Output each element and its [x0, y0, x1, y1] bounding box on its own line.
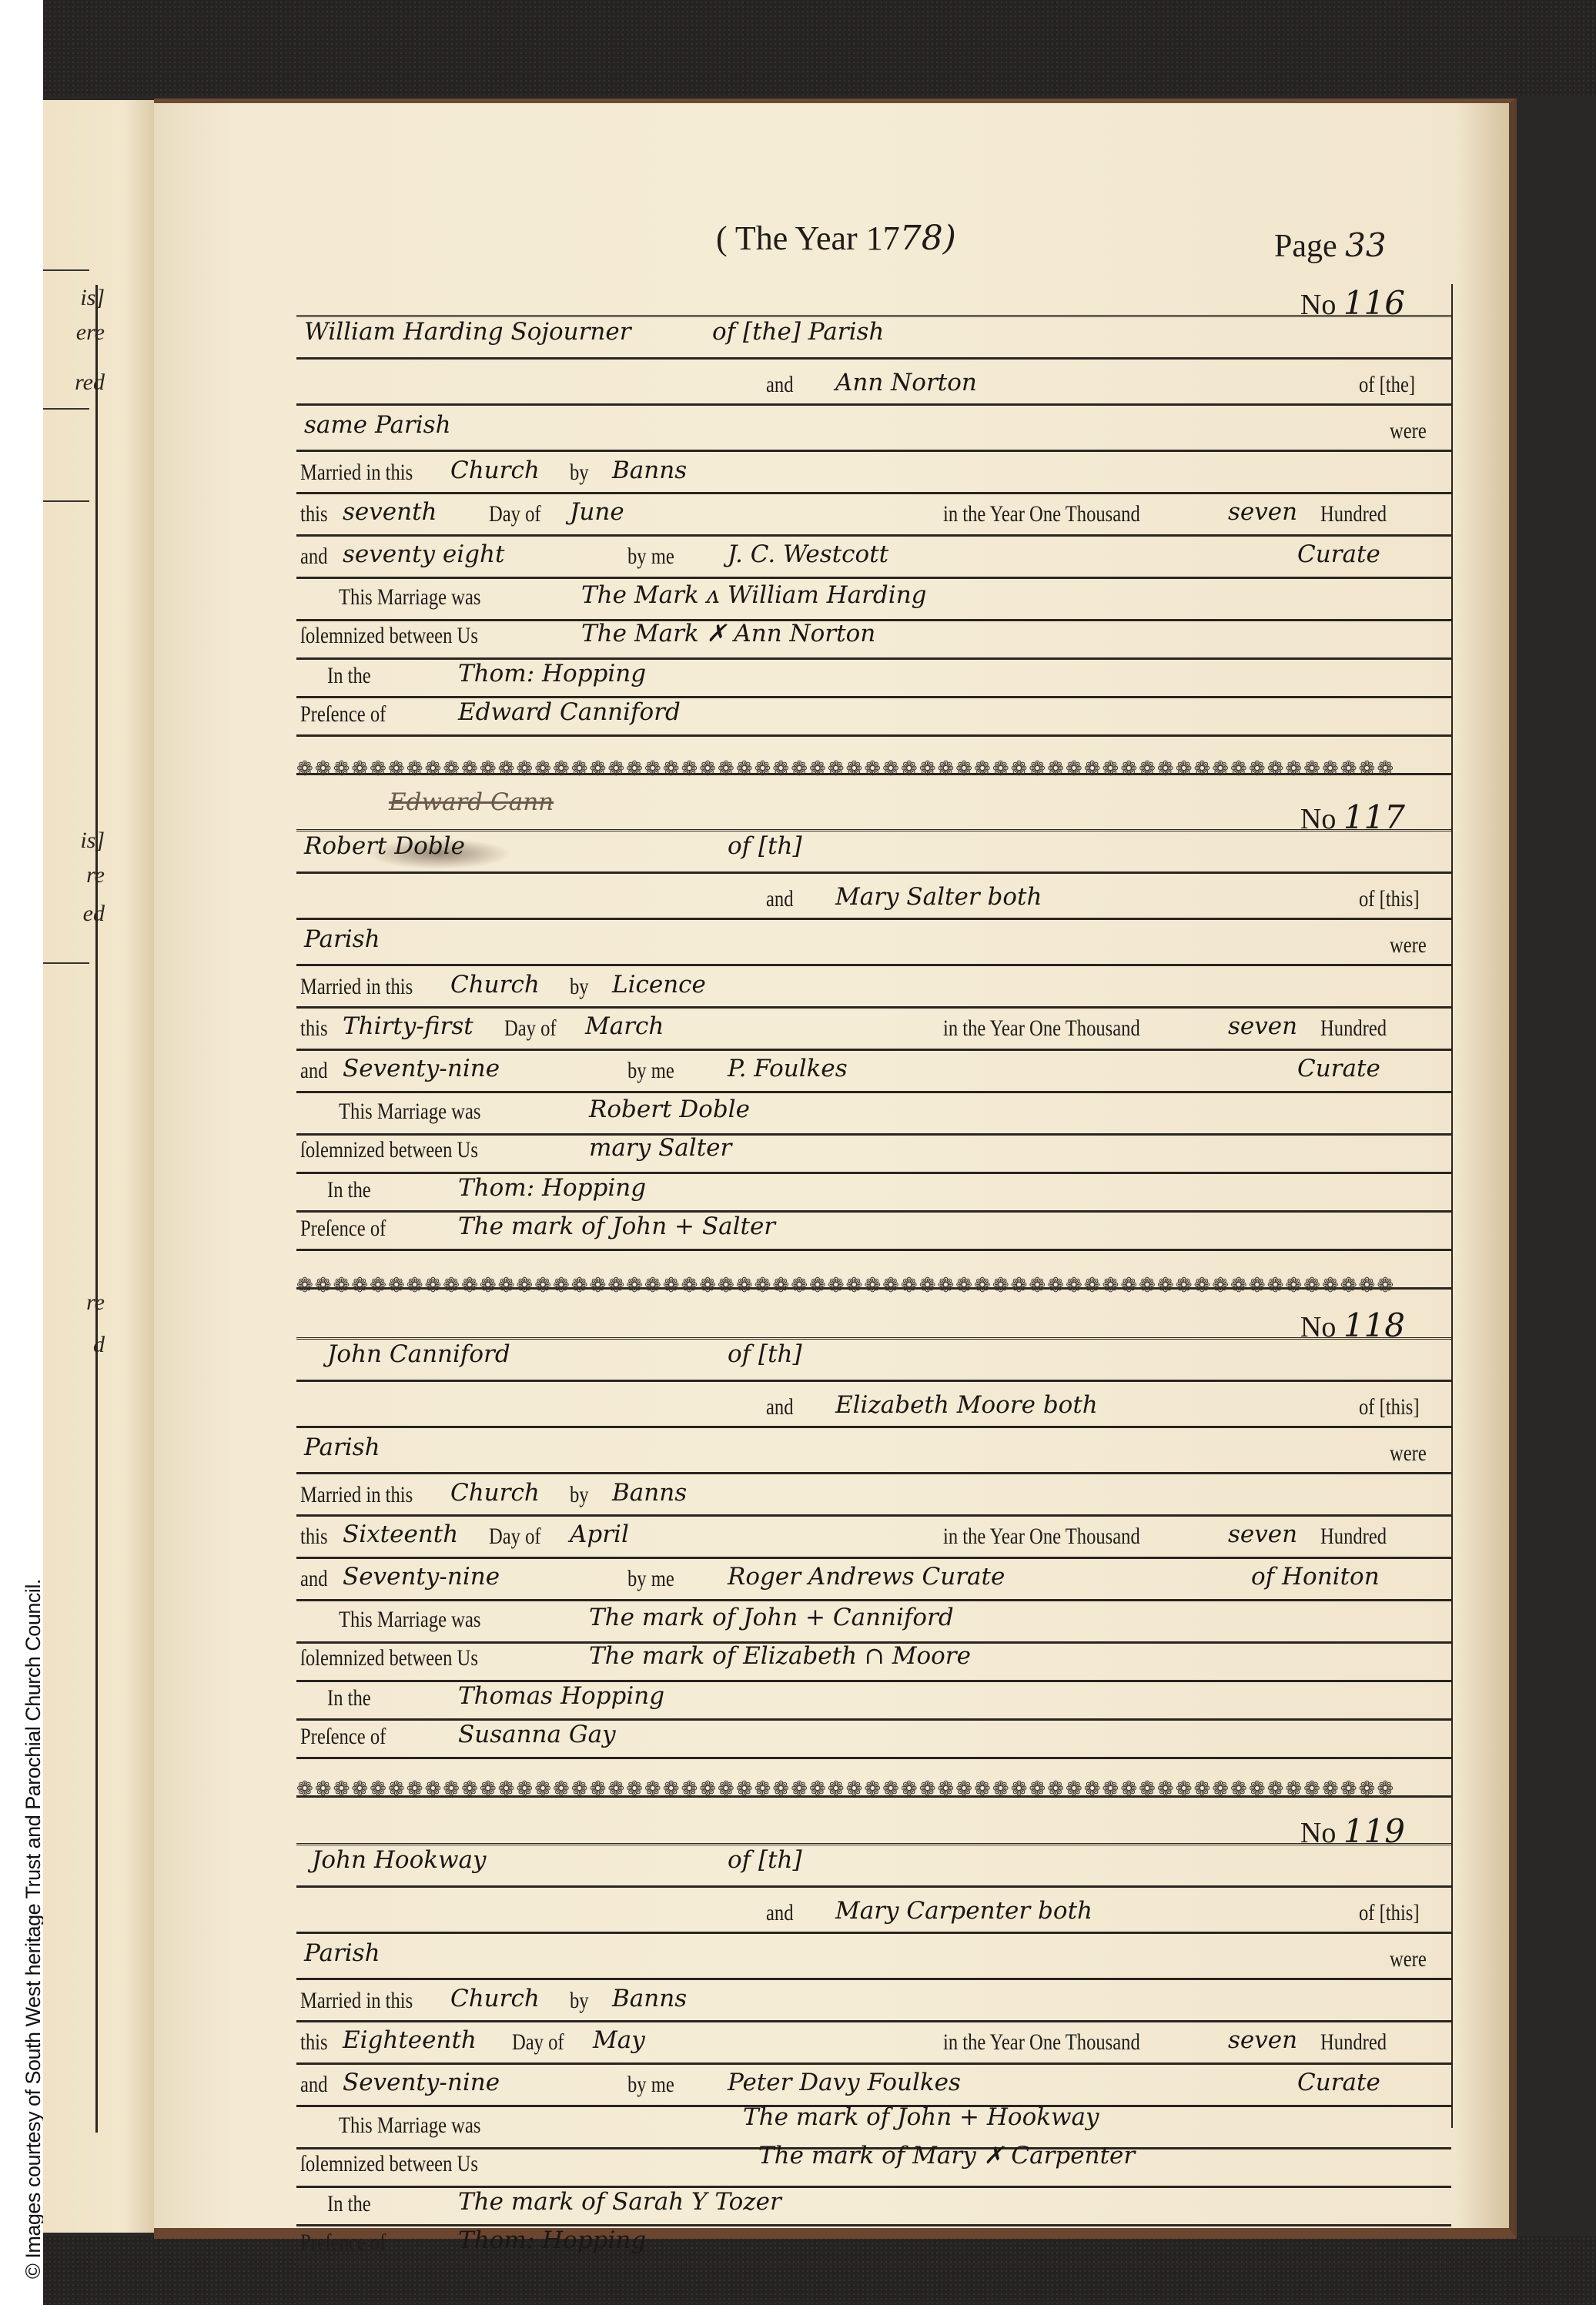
facing-rule: [43, 500, 89, 502]
bride-parish: Parish: [304, 1434, 380, 1461]
label-marriage: This Marriage was: [339, 584, 480, 611]
officiant: J. C. Westcott: [728, 540, 888, 568]
label-this: this: [300, 1524, 328, 1550]
label-year: in the Year One Thousand: [943, 1015, 1140, 1042]
by-method: Licence: [612, 971, 706, 999]
groom-name: John Canniford: [327, 1340, 510, 1368]
bride-name: Elizabeth Moore both: [835, 1391, 1098, 1419]
label-and: and: [300, 544, 328, 570]
by-method: Banns: [612, 457, 687, 484]
month: March: [585, 1012, 664, 1040]
bride-parish: Parish: [304, 925, 380, 953]
page-number-hand: 33: [1345, 226, 1386, 264]
facing-stub: re: [43, 862, 105, 888]
label-year: in the Year One Thousand: [943, 1524, 1140, 1550]
century: seven: [1228, 498, 1297, 526]
label-in-the: In the: [327, 1685, 371, 1711]
month: May: [593, 2026, 645, 2054]
label-marriage: This Marriage was: [339, 2113, 480, 2139]
place: Church: [450, 1985, 540, 2012]
label-by: by: [570, 974, 589, 1000]
facing-stub: red: [43, 370, 105, 396]
label-hundred: Hundred: [1320, 2029, 1387, 2056]
party-bride-signature: The Mark ✗ Ann Norton: [581, 620, 875, 647]
day: Sixteenth: [343, 1520, 458, 1548]
label-by-me: by me: [627, 544, 674, 570]
century: seven: [1228, 1520, 1297, 1548]
bride-name: Ann Norton: [835, 369, 977, 396]
label-this: this: [300, 1015, 328, 1042]
witness-2: Edward Canniford: [458, 698, 681, 726]
facing-stub: is]: [43, 285, 105, 311]
label-by-me: by me: [627, 2072, 674, 2098]
party-bride-signature: mary Salter: [589, 1134, 731, 1162]
book-cover-top: [43, 0, 1596, 96]
witness-1: Thomas Hopping: [458, 1682, 664, 1710]
label-solemnized: ſolemnized between Us: [300, 2151, 478, 2177]
label-year: in the Year One Thousand: [943, 501, 1140, 527]
month: April: [570, 1520, 629, 1548]
facing-page-frame-line: [95, 285, 98, 2133]
groom-name: John Hookway: [312, 1846, 487, 1874]
witness-2: Susanna Gay: [458, 1721, 616, 1748]
facing-stub: ed: [43, 901, 105, 927]
officiant-title: Curate: [1297, 1055, 1380, 1082]
struck-note: Edward Cann: [389, 788, 554, 816]
register-page: ( The Year 1778) Page 33 No 116 William …: [154, 99, 1517, 2239]
label-married: Married in this: [300, 1482, 413, 1508]
facing-rule: [43, 269, 89, 271]
place: Church: [450, 971, 540, 999]
label-this: this: [300, 2029, 328, 2056]
day: Eighteenth: [343, 2026, 477, 2054]
year-words: seventy eight: [343, 540, 504, 568]
credit-strip: © Images courtesy of South West heritage…: [0, 0, 43, 2305]
year-words: Seventy-nine: [343, 1055, 500, 1082]
label-by-me: by me: [627, 1058, 674, 1084]
label-this: this: [300, 501, 328, 527]
witness-1: Thom: Hopping: [458, 660, 646, 687]
label-and: and: [300, 1058, 328, 1084]
label-were: were: [1390, 1946, 1427, 1972]
witness-1: The mark of Sarah Y Tozer: [458, 2188, 781, 2216]
party-groom-signature: The mark of John + Canniford: [589, 1604, 954, 1631]
party-groom-signature: The mark of John + Hookway: [743, 2103, 1099, 2131]
bride-name: Mary Carpenter both: [835, 1897, 1092, 1925]
label-day-of: Day of: [489, 1524, 541, 1550]
ornamental-separator: ❁❁❁❁❁❁❁❁❁❁❁❁❁❁❁❁❁❁❁❁❁❁❁❁❁❁❁❁❁❁❁❁❁❁❁❁❁❁❁❁…: [296, 1274, 1451, 1297]
label-presence: Preſence of: [300, 1216, 386, 1242]
facing-stub: ere: [43, 319, 105, 346]
label-hundred: Hundred: [1320, 1015, 1387, 1042]
label-day-of: Day of: [512, 2029, 564, 2056]
witness-1: Thom: Hopping: [458, 1174, 646, 1202]
party-bride-signature: The mark of Elizabeth ∩ Moore: [589, 1642, 971, 1670]
label-of: of [this]: [1359, 886, 1420, 912]
label-hundred: Hundred: [1320, 1524, 1387, 1550]
officiant: P. Foulkes: [728, 1055, 848, 1082]
label-by: by: [570, 460, 589, 486]
page-number: Page 33: [1274, 226, 1387, 265]
by-method: Banns: [612, 1985, 687, 2012]
label-by: by: [570, 1988, 589, 2014]
ornamental-separator: ❁❁❁❁❁❁❁❁❁❁❁❁❁❁❁❁❁❁❁❁❁❁❁❁❁❁❁❁❁❁❁❁❁❁❁❁❁❁❁❁…: [296, 1778, 1451, 1801]
groom-name: William Harding Sojourner: [304, 318, 631, 346]
label-and: and: [300, 2072, 328, 2098]
label-in-the: In the: [327, 2191, 371, 2217]
label-and: and: [766, 372, 794, 398]
day: seventh: [343, 498, 437, 526]
witness-2: Thom: Hopping: [458, 2226, 646, 2254]
label-presence: Preſence of: [300, 1724, 386, 1750]
ornamental-separator: ❁❁❁❁❁❁❁❁❁❁❁❁❁❁❁❁❁❁❁❁❁❁❁❁❁❁❁❁❁❁❁❁❁❁❁❁❁❁❁❁…: [296, 758, 1451, 781]
label-and: and: [766, 1394, 794, 1420]
facing-rule: [43, 408, 89, 410]
label-hundred: Hundred: [1320, 501, 1387, 527]
century: seven: [1228, 1012, 1297, 1040]
label-marriage: This Marriage was: [339, 1607, 480, 1633]
year-words: Seventy-nine: [343, 1563, 500, 1591]
label-presence: Preſence of: [300, 2230, 386, 2256]
groom-parish: of [th]: [728, 1340, 802, 1368]
groom-name: Robert Doble: [304, 832, 465, 860]
label-married: Married in this: [300, 460, 413, 486]
facing-stub: d: [43, 1332, 105, 1358]
label-solemnized: ſolemnized between Us: [300, 1645, 478, 1671]
label-and: and: [766, 1900, 794, 1926]
officiant-title: Curate: [1297, 2069, 1380, 2096]
year-heading-hand: 78): [900, 219, 956, 258]
label-were: were: [1390, 418, 1427, 444]
groom-parish: of [th]: [728, 1846, 802, 1874]
bride-parish: same Parish: [304, 411, 451, 439]
groom-parish: of [th]: [728, 832, 802, 860]
label-day-of: Day of: [489, 501, 541, 527]
facing-rule: [43, 962, 89, 964]
year-words: Seventy-nine: [343, 2069, 500, 2096]
label-by: by: [570, 1482, 589, 1508]
label-in-the: In the: [327, 663, 371, 689]
label-and: and: [766, 886, 794, 912]
officiant: Roger Andrews Curate: [728, 1563, 1005, 1591]
label-marriage: This Marriage was: [339, 1099, 480, 1125]
copyright-notice: © Images courtesy of South West heritage…: [22, 1579, 45, 2279]
label-in-the: In the: [327, 1177, 371, 1203]
label-married: Married in this: [300, 1988, 413, 2014]
party-groom-signature: Robert Doble: [589, 1096, 750, 1123]
facing-stub: is]: [43, 828, 105, 854]
officiant-title: of Honiton: [1251, 1563, 1380, 1591]
bride-parish: Parish: [304, 1939, 380, 1967]
label-married: Married in this: [300, 974, 413, 1000]
century: seven: [1228, 2026, 1297, 2054]
label-presence: Preſence of: [300, 701, 386, 728]
facing-page-edge: is] ere red is] re ed re d: [43, 100, 161, 2233]
place: Church: [450, 1479, 540, 1507]
label-of: of [the]: [1359, 372, 1415, 398]
page-label: Page: [1274, 229, 1337, 264]
officiant: Peter Davy Foulkes: [728, 2069, 961, 2096]
bride-name: Mary Salter both: [835, 883, 1042, 911]
label-solemnized: ſolemnized between Us: [300, 1137, 478, 1163]
by-method: Banns: [612, 1479, 687, 1507]
year-heading-print: ( The Year 17: [716, 219, 900, 257]
label-day-of: Day of: [504, 1015, 557, 1042]
label-were: were: [1390, 932, 1427, 958]
place: Church: [450, 457, 540, 484]
officiant-title: Curate: [1297, 540, 1380, 568]
facing-stub: re: [43, 1290, 105, 1316]
label-of: of [this]: [1359, 1900, 1420, 1926]
label-were: were: [1390, 1440, 1427, 1467]
label-of: of [this]: [1359, 1394, 1420, 1420]
party-bride-signature: The mark of Mary ✗ Carpenter: [758, 2142, 1135, 2170]
label-solemnized: ſolemnized between Us: [300, 623, 478, 649]
label-by-me: by me: [627, 1566, 674, 1592]
year-heading: ( The Year 1778): [716, 219, 956, 258]
party-groom-signature: The Mark ᴧ William Harding: [581, 581, 927, 609]
label-and: and: [300, 1566, 328, 1592]
label-year: in the Year One Thousand: [943, 2029, 1140, 2056]
register-frame: No 116 William Harding Sojourner of [the…: [296, 284, 1453, 2128]
day: Thirty-first: [343, 1012, 473, 1040]
groom-parish: of [the] Parish: [712, 318, 884, 346]
witness-2: The mark of John + Salter: [458, 1213, 775, 1240]
month: June: [570, 498, 624, 526]
